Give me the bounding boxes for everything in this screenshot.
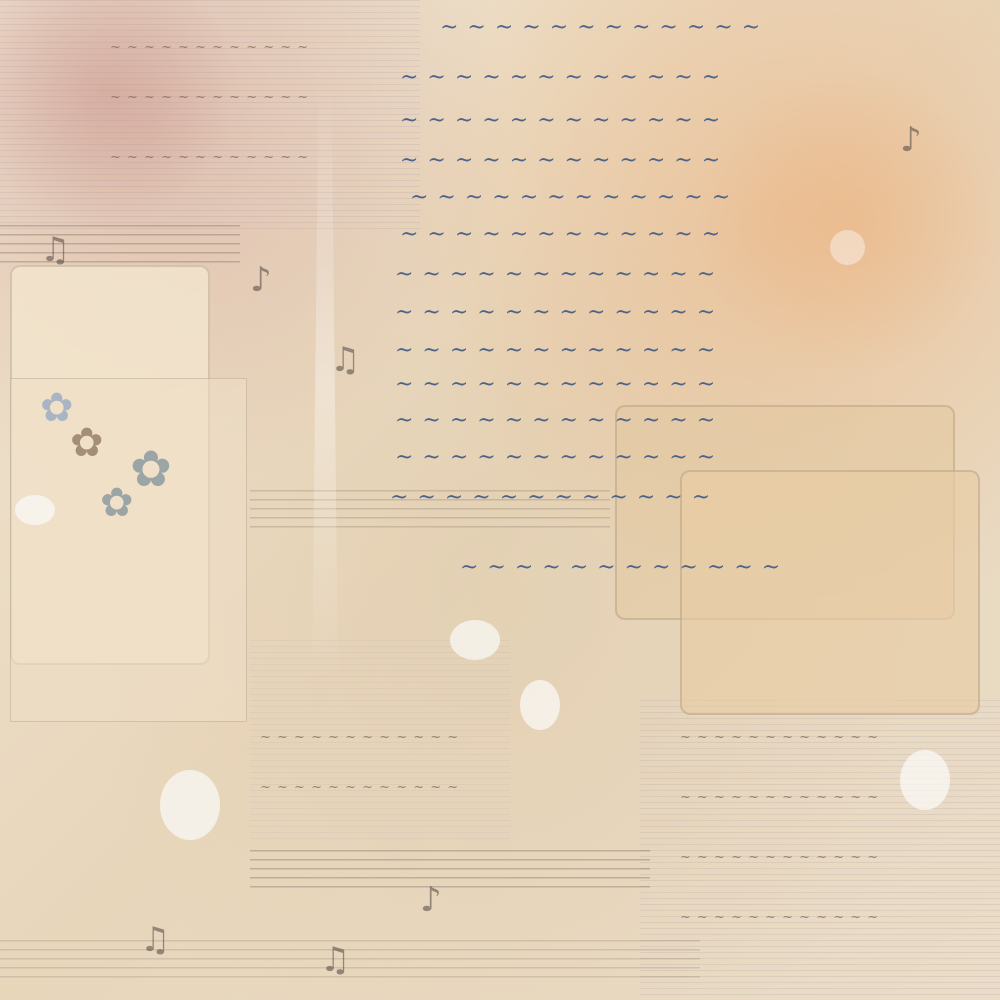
faint-handwriting: ~ ~ ~ ~ ~ ~ ~ ~ ~ ~ ~ ~ [680, 850, 879, 865]
music-note-icon: ♪ [420, 880, 442, 920]
faint-handwriting: ~ ~ ~ ~ ~ ~ ~ ~ ~ ~ ~ ~ [260, 730, 459, 745]
handwriting-line: ~ ~ ~ ~ ~ ~ ~ ~ ~ ~ ~ ~ [395, 262, 716, 287]
music-note-icon: ♪ [900, 120, 922, 160]
faint-handwriting: ~ ~ ~ ~ ~ ~ ~ ~ ~ ~ ~ ~ [110, 90, 309, 105]
aged-letter-card-front [680, 470, 980, 715]
handwriting-line: ~ ~ ~ ~ ~ ~ ~ ~ ~ ~ ~ ~ [400, 65, 721, 90]
pressed-flower-icon: ✿ [100, 480, 134, 526]
pressed-flower-icon: ✿ [40, 385, 74, 431]
ink-splatter [450, 620, 500, 660]
faint-handwriting: ~ ~ ~ ~ ~ ~ ~ ~ ~ ~ ~ ~ [680, 910, 879, 925]
handwriting-line: ~ ~ ~ ~ ~ ~ ~ ~ ~ ~ ~ ~ [400, 108, 721, 133]
music-staff-bottom [250, 850, 650, 895]
handwriting-line: ~ ~ ~ ~ ~ ~ ~ ~ ~ ~ ~ ~ [395, 372, 716, 397]
handwriting-line: ~ ~ ~ ~ ~ ~ ~ ~ ~ ~ ~ ~ [390, 485, 711, 510]
handwriting-line: ~ ~ ~ ~ ~ ~ ~ ~ ~ ~ ~ ~ [460, 555, 781, 580]
faint-handwriting: ~ ~ ~ ~ ~ ~ ~ ~ ~ ~ ~ ~ [110, 40, 309, 55]
handwriting-line: ~ ~ ~ ~ ~ ~ ~ ~ ~ ~ ~ ~ [400, 148, 721, 173]
faint-handwriting: ~ ~ ~ ~ ~ ~ ~ ~ ~ ~ ~ ~ [680, 730, 879, 745]
music-note-icon: ♫ [140, 920, 170, 960]
music-note-icon: ♫ [320, 940, 350, 980]
ink-splatter [15, 495, 55, 525]
handwriting-line: ~ ~ ~ ~ ~ ~ ~ ~ ~ ~ ~ ~ [395, 338, 716, 363]
handwriting-line: ~ ~ ~ ~ ~ ~ ~ ~ ~ ~ ~ ~ [395, 445, 716, 470]
music-staff-left [0, 225, 240, 270]
handwriting-line: ~ ~ ~ ~ ~ ~ ~ ~ ~ ~ ~ ~ [440, 15, 761, 40]
faint-handwriting: ~ ~ ~ ~ ~ ~ ~ ~ ~ ~ ~ ~ [110, 150, 309, 165]
faint-handwriting: ~ ~ ~ ~ ~ ~ ~ ~ ~ ~ ~ ~ [260, 780, 459, 795]
handwriting-line: ~ ~ ~ ~ ~ ~ ~ ~ ~ ~ ~ ~ [395, 300, 716, 325]
rose-damask-pattern [0, 0, 260, 230]
ink-splatter [900, 750, 950, 810]
faint-handwriting: ~ ~ ~ ~ ~ ~ ~ ~ ~ ~ ~ ~ [680, 790, 879, 805]
ink-splatter [830, 230, 865, 265]
pressed-flower-icon: ✿ [130, 440, 172, 498]
peach-flower-wash [700, 60, 1000, 380]
ink-splatter [160, 770, 220, 840]
handwriting-line: ~ ~ ~ ~ ~ ~ ~ ~ ~ ~ ~ ~ [400, 222, 721, 247]
handwriting-line: ~ ~ ~ ~ ~ ~ ~ ~ ~ ~ ~ ~ [395, 408, 716, 433]
ink-splatter [520, 680, 560, 730]
music-note-icon: ♪ [250, 260, 272, 300]
pressed-flower-icon: ✿ [70, 420, 104, 466]
music-note-icon: ♫ [40, 230, 70, 270]
handwriting-line: ~ ~ ~ ~ ~ ~ ~ ~ ~ ~ ~ ~ [410, 185, 731, 210]
